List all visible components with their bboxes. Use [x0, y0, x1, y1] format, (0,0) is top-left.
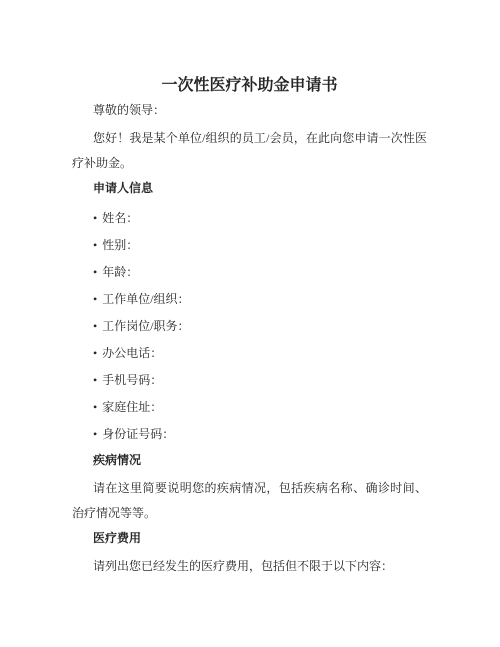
bullet-icon: •	[93, 232, 97, 259]
bullet-icon: •	[93, 340, 97, 367]
list-item: •工作单位/组织：	[93, 286, 427, 313]
bullet-icon: •	[93, 205, 97, 232]
list-item-label: 工作单位/组织：	[102, 292, 189, 306]
list-item: •家庭住址：	[93, 394, 427, 421]
applicant-info-list: •姓名： •性别： •年龄： •工作单位/组织： •工作岗位/职务： •办公电话…	[72, 205, 427, 448]
bullet-icon: •	[93, 421, 97, 448]
section-heading-applicant-info: 申请人信息	[72, 176, 427, 201]
list-item-label: 办公电话：	[102, 346, 162, 360]
list-item: •办公电话：	[93, 340, 427, 367]
illness-description-paragraph: 请在这里简要说明您的疾病情况，包括疾病名称、确诊时间、治疗情况等等。	[72, 476, 427, 526]
list-item: •手机号码：	[93, 367, 427, 394]
list-item: •年龄：	[93, 259, 427, 286]
document-page: 一次性医疗补助金申请书 尊敬的领导： 您好！我是某个单位/组织的员工/会员，在此…	[0, 0, 500, 647]
list-item-label: 身份证号码：	[102, 427, 174, 441]
bullet-icon: •	[93, 259, 97, 286]
list-item: •性别：	[93, 232, 427, 259]
list-item-label: 年龄：	[102, 265, 138, 279]
list-item: •姓名：	[93, 205, 427, 232]
list-item-label: 家庭住址：	[102, 400, 162, 414]
section-heading-medical-expenses: 医疗费用	[72, 526, 427, 551]
medical-expenses-paragraph: 请列出您已经发生的医疗费用，包括但不限于以下内容：	[72, 554, 427, 579]
greeting-line: 尊敬的领导：	[72, 98, 427, 123]
section-heading-illness: 疾病情况	[72, 448, 427, 473]
list-item-label: 手机号码：	[102, 373, 162, 387]
list-item: •身份证号码：	[93, 421, 427, 448]
list-item: •工作岗位/职务：	[93, 313, 427, 340]
intro-paragraph: 您好！我是某个单位/组织的员工/会员，在此向您申请一次性医疗补助金。	[72, 126, 427, 176]
list-item-label: 性别：	[102, 238, 138, 252]
list-item-label: 姓名：	[102, 211, 138, 225]
bullet-icon: •	[93, 367, 97, 394]
document-title: 一次性医疗补助金申请书	[72, 74, 427, 98]
bullet-icon: •	[93, 313, 97, 340]
list-item-label: 工作岗位/职务：	[102, 319, 189, 333]
bullet-icon: •	[93, 286, 97, 313]
bullet-icon: •	[93, 394, 97, 421]
